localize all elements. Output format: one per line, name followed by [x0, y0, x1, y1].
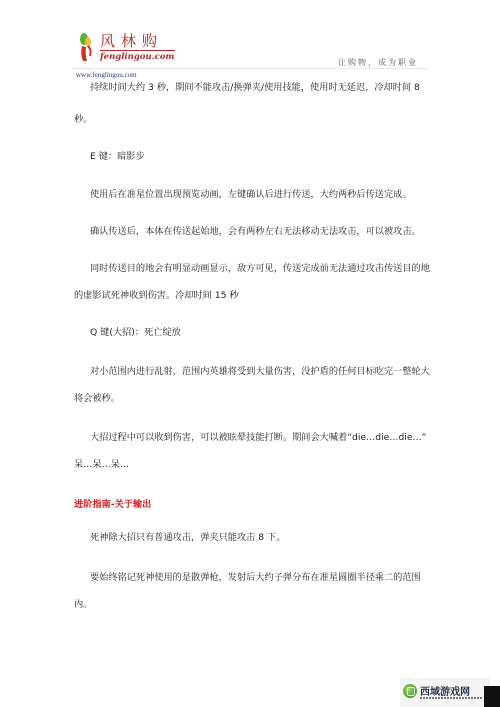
paragraph-10-line-2: 内。 [74, 599, 92, 611]
e-key-title: E 键：暗影步 [90, 151, 145, 163]
paragraph-10-line-1: 要始终铭记死神使用的是散弹枪，发射后大约子弹分布在准星圆圈半径乘二的范围 [90, 572, 421, 584]
watermark-name: 西域游戏网 [420, 683, 470, 698]
watermark: 西域游戏网 [400, 678, 500, 707]
watermark-logo-icon [403, 684, 417, 698]
site-logo: 风林购 fenglingou.com [78, 30, 178, 66]
paragraph-3: 使用后在准星位置出现预览动画，左键确认后进行传送，大约两秒后传送完成。 [90, 189, 412, 201]
q-key-title: Q 键(大招)：死亡绽放 [90, 327, 181, 339]
logo-english-text: fenglingou.com [100, 52, 174, 62]
section-heading: 进阶指南-关于输出 [74, 496, 151, 510]
logo-underline [100, 50, 175, 51]
watermark-subtext [420, 697, 482, 699]
paragraph-5-line-2: 的虚影试死神收到伤害。冷却时间 15 秒 [74, 290, 239, 302]
paragraph-4: 确认传送后，本体在传送起始地，会有两秒左右无法移动无法攻击，可以被攻击。 [90, 226, 421, 238]
header-divider [72, 68, 428, 69]
header-slogan: 让购物，成为职业 [338, 57, 418, 68]
paragraph-7-line-2: 将会被秒。 [74, 393, 120, 405]
paragraph-8-line-1: 大招过程中可以收到伤害，可以被眩晕技能打断。期间会大喊着“die…die…die… [90, 432, 426, 444]
paragraph-7-line-1: 对小范围内进行乱射，范围内英雄将受到大量伤害，没护盾的任何目标吃完一整轮大 [90, 366, 430, 378]
paragraph-5-line-1: 同时传送目的地会有明显动画显示，敌方可见，传送完成前无法通过攻击传送目的地 [90, 263, 430, 275]
page-header: 风林购 fenglingou.com www.fenglingou.com 让购… [0, 0, 500, 78]
document-page: 风林购 fenglingou.com www.fenglingou.com 让购… [0, 0, 500, 707]
paragraph-1-line-1: 持续时间大约 3 秒，期间不能攻击/换弹夹/使用技能，使用时无延迟，冷却时间 8 [90, 82, 420, 94]
logo-leaf-icon [78, 32, 94, 62]
paragraph-8-line-2: 呆…呆…呆… [74, 459, 129, 471]
paragraph-1-line-2: 秒。 [74, 114, 92, 126]
watermark-dark-corner [484, 686, 500, 707]
logo-chinese-text: 风林购 [100, 30, 163, 51]
site-url: www.fenglingou.com [76, 71, 137, 79]
paragraph-9: 死神除大招只有普通攻击，弹夹只能攻击 8 下。 [90, 532, 285, 544]
